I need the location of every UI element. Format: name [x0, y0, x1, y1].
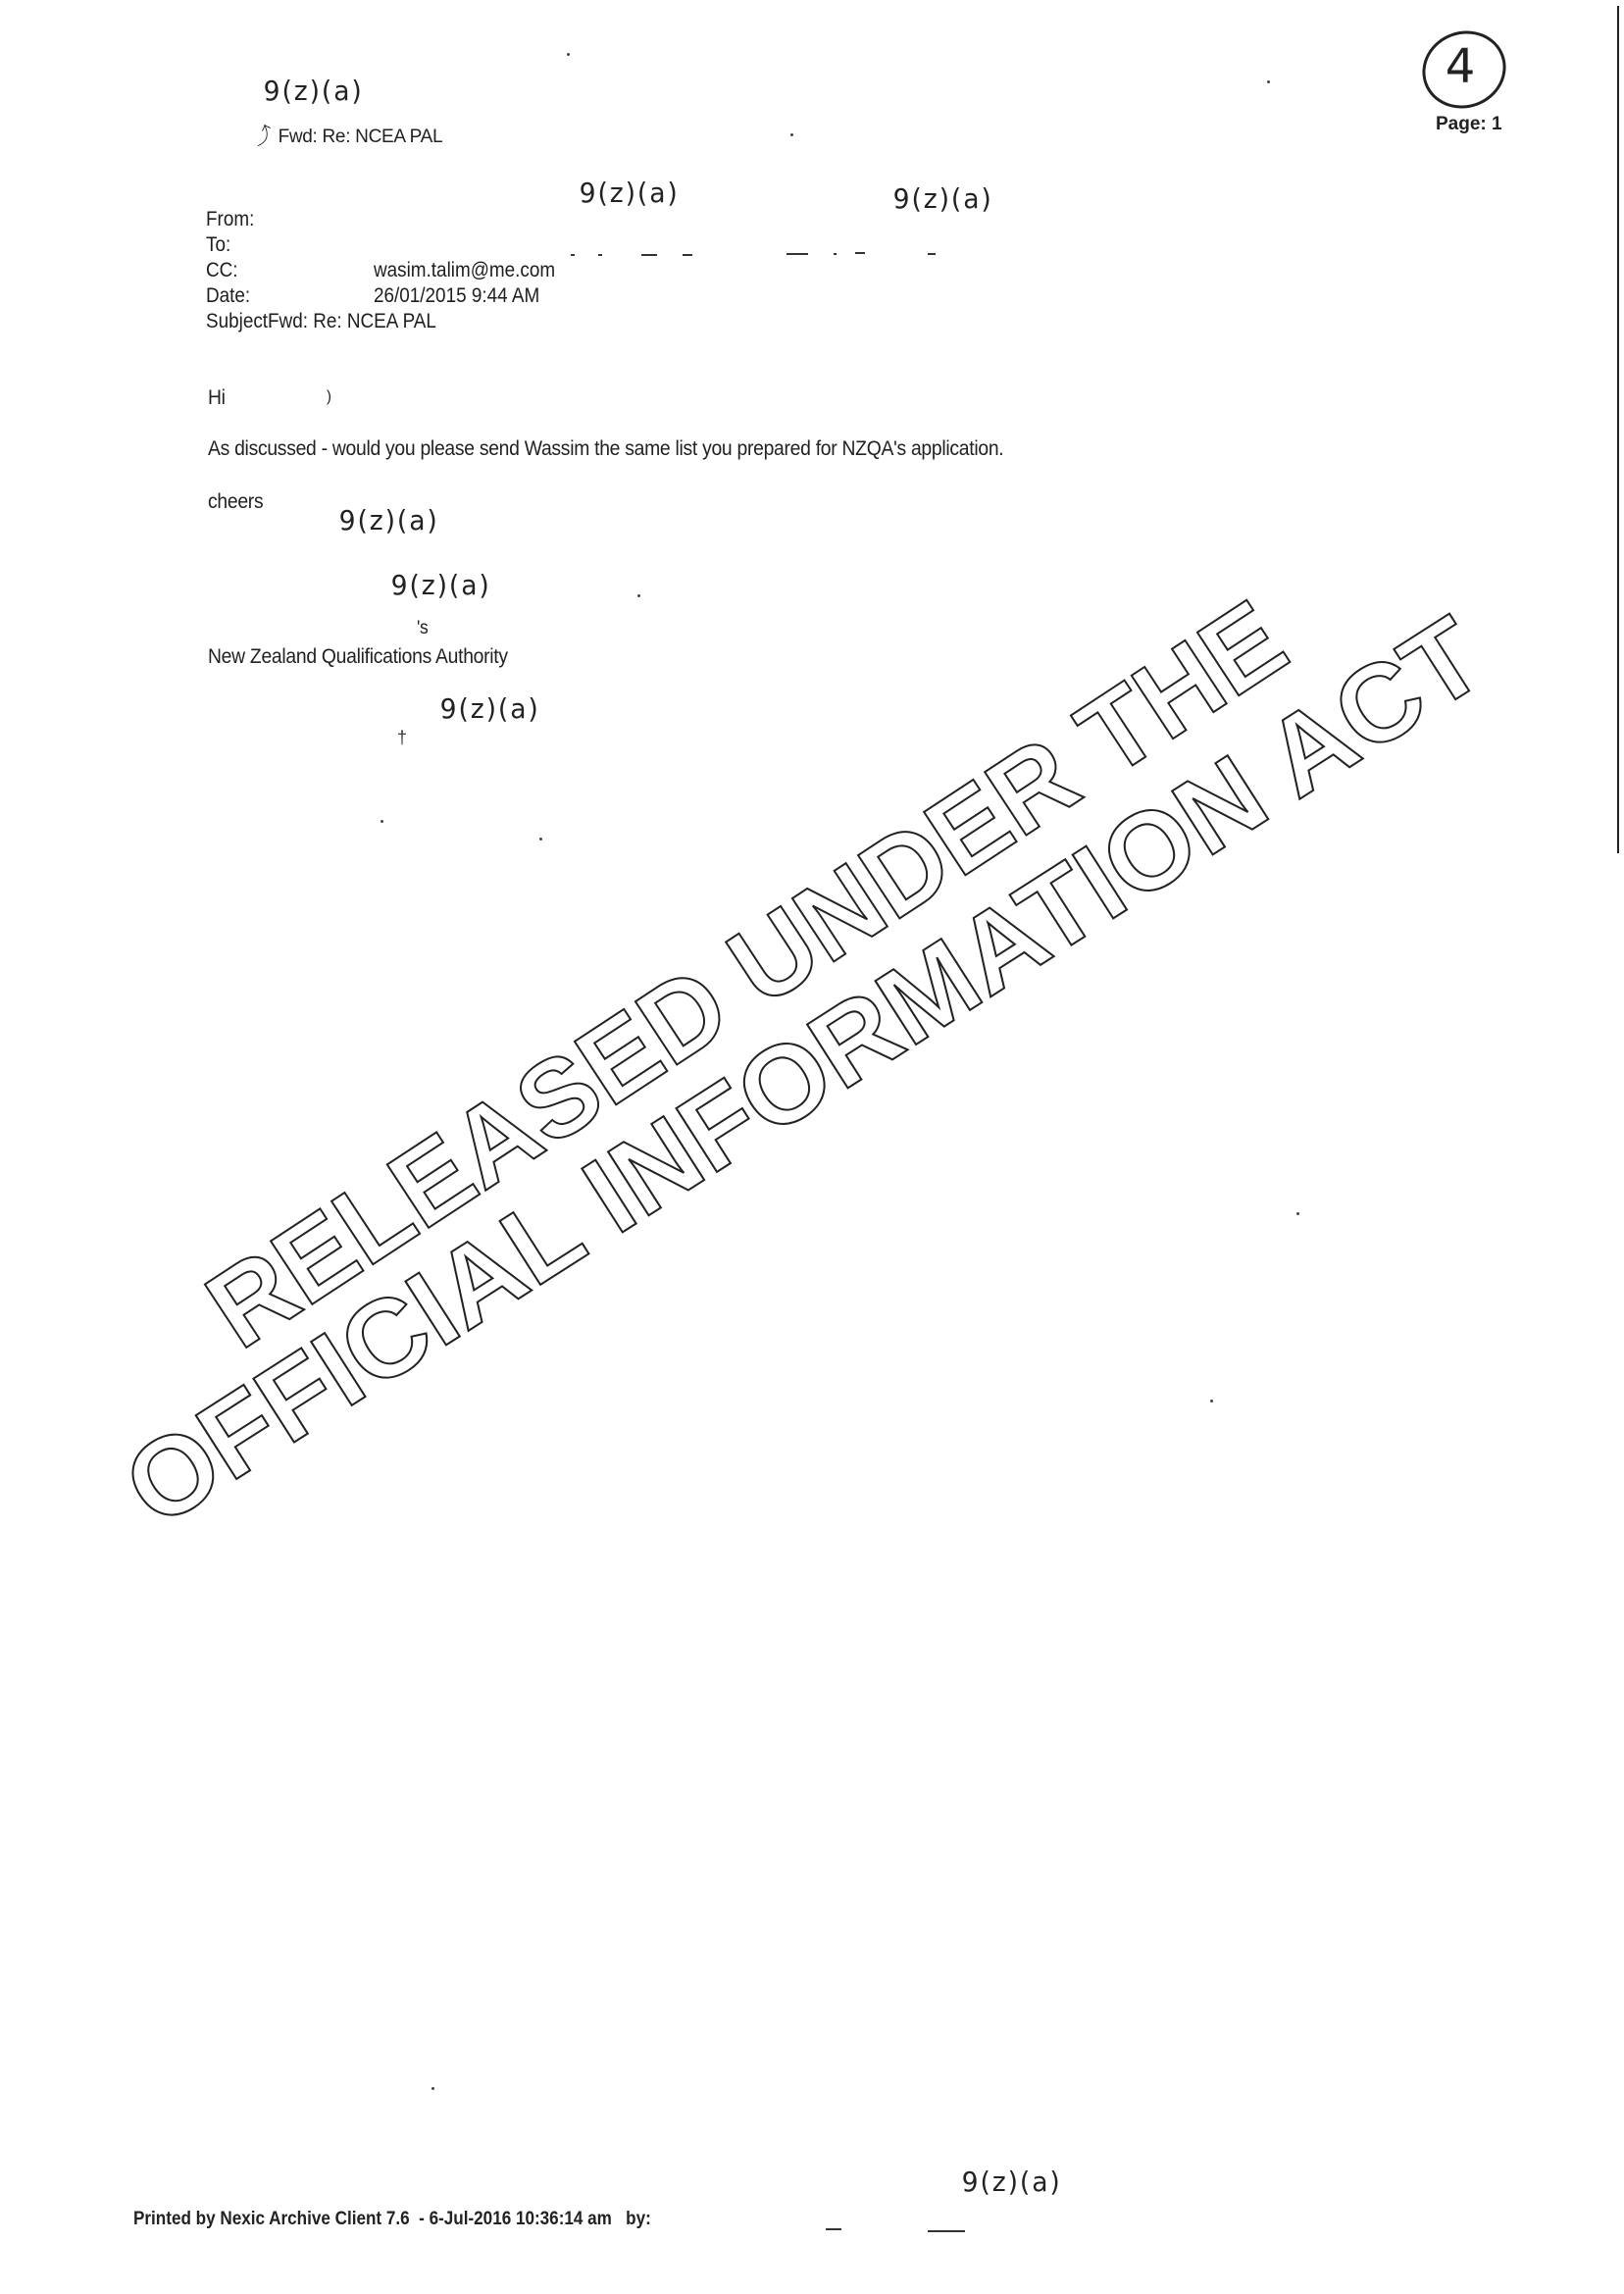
redaction-artifact — [598, 254, 602, 256]
header-title: Fwd: Re: NCEA PAL — [279, 127, 443, 147]
message-body: As discussed - would you please send Was… — [208, 437, 1003, 461]
from-label: From: — [206, 206, 374, 232]
watermark-line-2: OFFICIAL INFORMATION ACT — [104, 593, 1504, 1550]
circled-number-text: 4 — [1446, 39, 1476, 94]
circled-page-number: 4 — [1411, 20, 1516, 121]
organisation-name: New Zealand Qualifications Authority — [208, 645, 508, 669]
subject-label: Subject: — [206, 308, 268, 334]
cc-label: CC: — [206, 257, 374, 283]
from-redaction: 9(z)(a) — [580, 177, 680, 209]
forward-arrow-icon: ⤴ — [249, 117, 278, 150]
scan-speck — [1267, 80, 1270, 83]
redaction-artifact — [855, 252, 865, 254]
footer-redaction: 9(z)(a) — [962, 2166, 1062, 2198]
page-number: Page: 1 — [1436, 114, 1502, 135]
from-row: From: — [206, 206, 374, 232]
redaction-artifact: † — [397, 728, 407, 748]
signature-redaction-1: 9(z)(a) — [339, 504, 439, 536]
redaction-artifact — [787, 253, 808, 255]
footer-printed-by: Printed by Nexic Archive Client 7.6 - 6-… — [133, 2209, 651, 2230]
greeting: Hi — [208, 386, 226, 410]
header-title-row: ⤴ Fwd: Re: NCEA PAL — [253, 120, 442, 148]
redaction-artifact — [683, 254, 692, 256]
signature-redaction-3: 9(z)(a) — [440, 692, 540, 725]
cc-value: wasim.talim@me.com — [374, 259, 555, 281]
scan-speck — [567, 53, 570, 56]
redaction-artifact — [834, 253, 837, 255]
to-redaction: 9(z)(a) — [893, 182, 993, 215]
scan-edge-line — [1617, 6, 1619, 853]
scan-speck — [381, 820, 383, 823]
date-row: Date:26/01/2015 9:44 AM — [206, 282, 539, 309]
greeting-trailing-mark: ) — [327, 388, 331, 406]
watermark-line-1: RELEASED UNDER THE — [186, 577, 1307, 1371]
redaction-artifact — [571, 254, 575, 256]
scan-speck — [539, 838, 542, 841]
scan-speck — [790, 133, 793, 136]
header-handwritten-redaction: 9(z)(a) — [264, 75, 364, 107]
redaction-artifact — [826, 2228, 841, 2230]
signoff: cheers — [208, 490, 263, 514]
to-label: To: — [206, 231, 374, 258]
subject-value: Fwd: Re: NCEA PAL — [268, 310, 436, 332]
redaction-artifact — [928, 2230, 965, 2232]
signature-possessive: 's — [417, 618, 429, 639]
oia-watermark: RELEASED UNDER THE OFFICIAL INFORMATION … — [0, 0, 1624, 2294]
scan-speck — [637, 594, 640, 597]
redaction-artifact — [641, 254, 657, 256]
cc-row: CC:wasim.talim@me.com — [206, 257, 555, 283]
redaction-artifact — [928, 253, 936, 255]
scan-speck — [1296, 1212, 1299, 1215]
to-row: To: — [206, 231, 374, 258]
scan-speck — [431, 2087, 434, 2090]
date-label: Date: — [206, 282, 374, 309]
scan-speck — [1210, 1400, 1213, 1402]
date-value: 26/01/2015 9:44 AM — [374, 284, 539, 307]
subject-row: Subject:Fwd: Re: NCEA PAL — [206, 308, 436, 334]
signature-redaction-2: 9(z)(a) — [391, 569, 491, 601]
